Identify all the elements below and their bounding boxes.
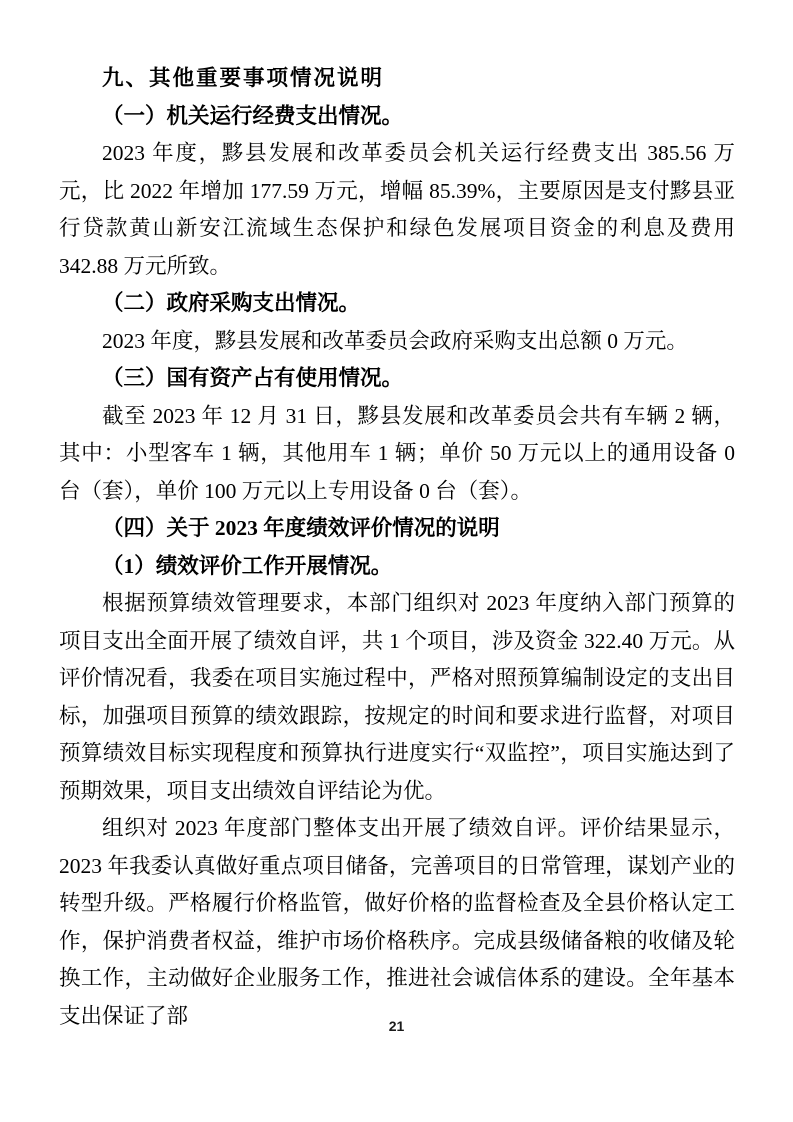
page-footer: 21 — [0, 1018, 793, 1036]
section-heading: （一）机关运行经费支出情况。 — [59, 98, 735, 136]
paragraph: 2023 年度，黟县发展和改革委员会政府采购支出总额 0 万元。 — [59, 323, 735, 361]
section-heading: （1）绩效评价工作开展情况。 — [59, 548, 735, 586]
section-heading: （三）国有资产占有使用情况。 — [59, 360, 735, 398]
paragraph: 根据预算绩效管理要求，本部门组织对 2023 年度纳入部门预算的项目支出全面开展… — [59, 585, 735, 810]
document-page: 九、其他重要事项情况说明（一）机关运行经费支出情况。2023 年度，黟县发展和改… — [0, 0, 793, 1122]
paragraph: 组织对 2023 年度部门整体支出开展了绩效自评。评价结果显示，2023 年我委… — [59, 810, 735, 1035]
paragraph: 2023 年度，黟县发展和改革委员会机关运行经费支出 385.56 万元，比 2… — [59, 135, 735, 285]
section-heading: （四）关于 2023 年度绩效评价情况的说明 — [59, 510, 735, 548]
document-body: 九、其他重要事项情况说明（一）机关运行经费支出情况。2023 年度，黟县发展和改… — [59, 60, 735, 1035]
page-number: 21 — [389, 1018, 405, 1034]
section-heading: （二）政府采购支出情况。 — [59, 285, 735, 323]
section-heading: 九、其他重要事项情况说明 — [59, 60, 735, 98]
paragraph: 截至 2023 年 12 月 31 日，黟县发展和改革委员会共有车辆 2 辆，其… — [59, 398, 735, 511]
